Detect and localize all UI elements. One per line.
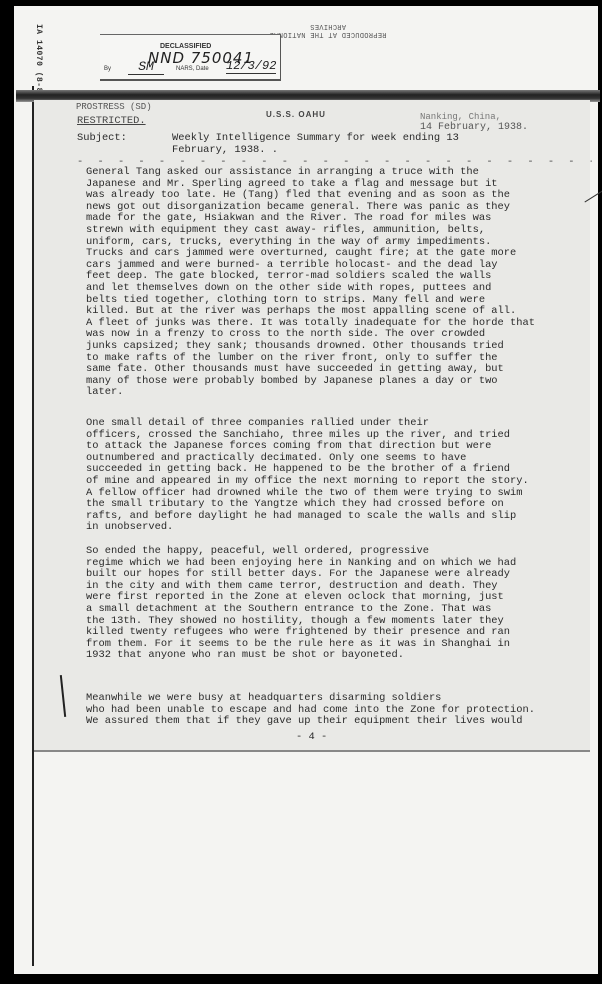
declass-by-initials: SM: [128, 59, 164, 75]
paragraph-3: So ended the happy, peaceful, well order…: [86, 546, 591, 662]
paragraph-1: General Tang asked our assistance in arr…: [86, 167, 591, 399]
declassification-stamp: DECLASSIFIED NND 750041 By SM NARS, Date…: [100, 34, 281, 81]
subject-label: Subject:: [77, 133, 127, 145]
page-number: - 4 -: [296, 732, 327, 744]
document-page: PROSTRESS (SD) U.S.S. OAHU RESTRICTED. N…: [34, 100, 590, 752]
ship-name: U.S.S. OAHU: [266, 109, 326, 121]
declass-date: 12/3/92: [226, 59, 276, 74]
margin-mark: [60, 675, 66, 717]
declass-nars-label: NARS, Date: [176, 66, 209, 72]
classification-label: RESTRICTED.: [77, 116, 146, 128]
paragraph-4: Meanwhile we were busy at headquarters d…: [86, 693, 591, 728]
file-reference: PROSTRESS (SD): [76, 102, 152, 114]
subject-text: Weekly Intelligence Summary for week end…: [172, 133, 492, 156]
declass-by-label: By: [104, 66, 111, 72]
paragraph-2: One small detail of three companies rall…: [86, 418, 591, 534]
